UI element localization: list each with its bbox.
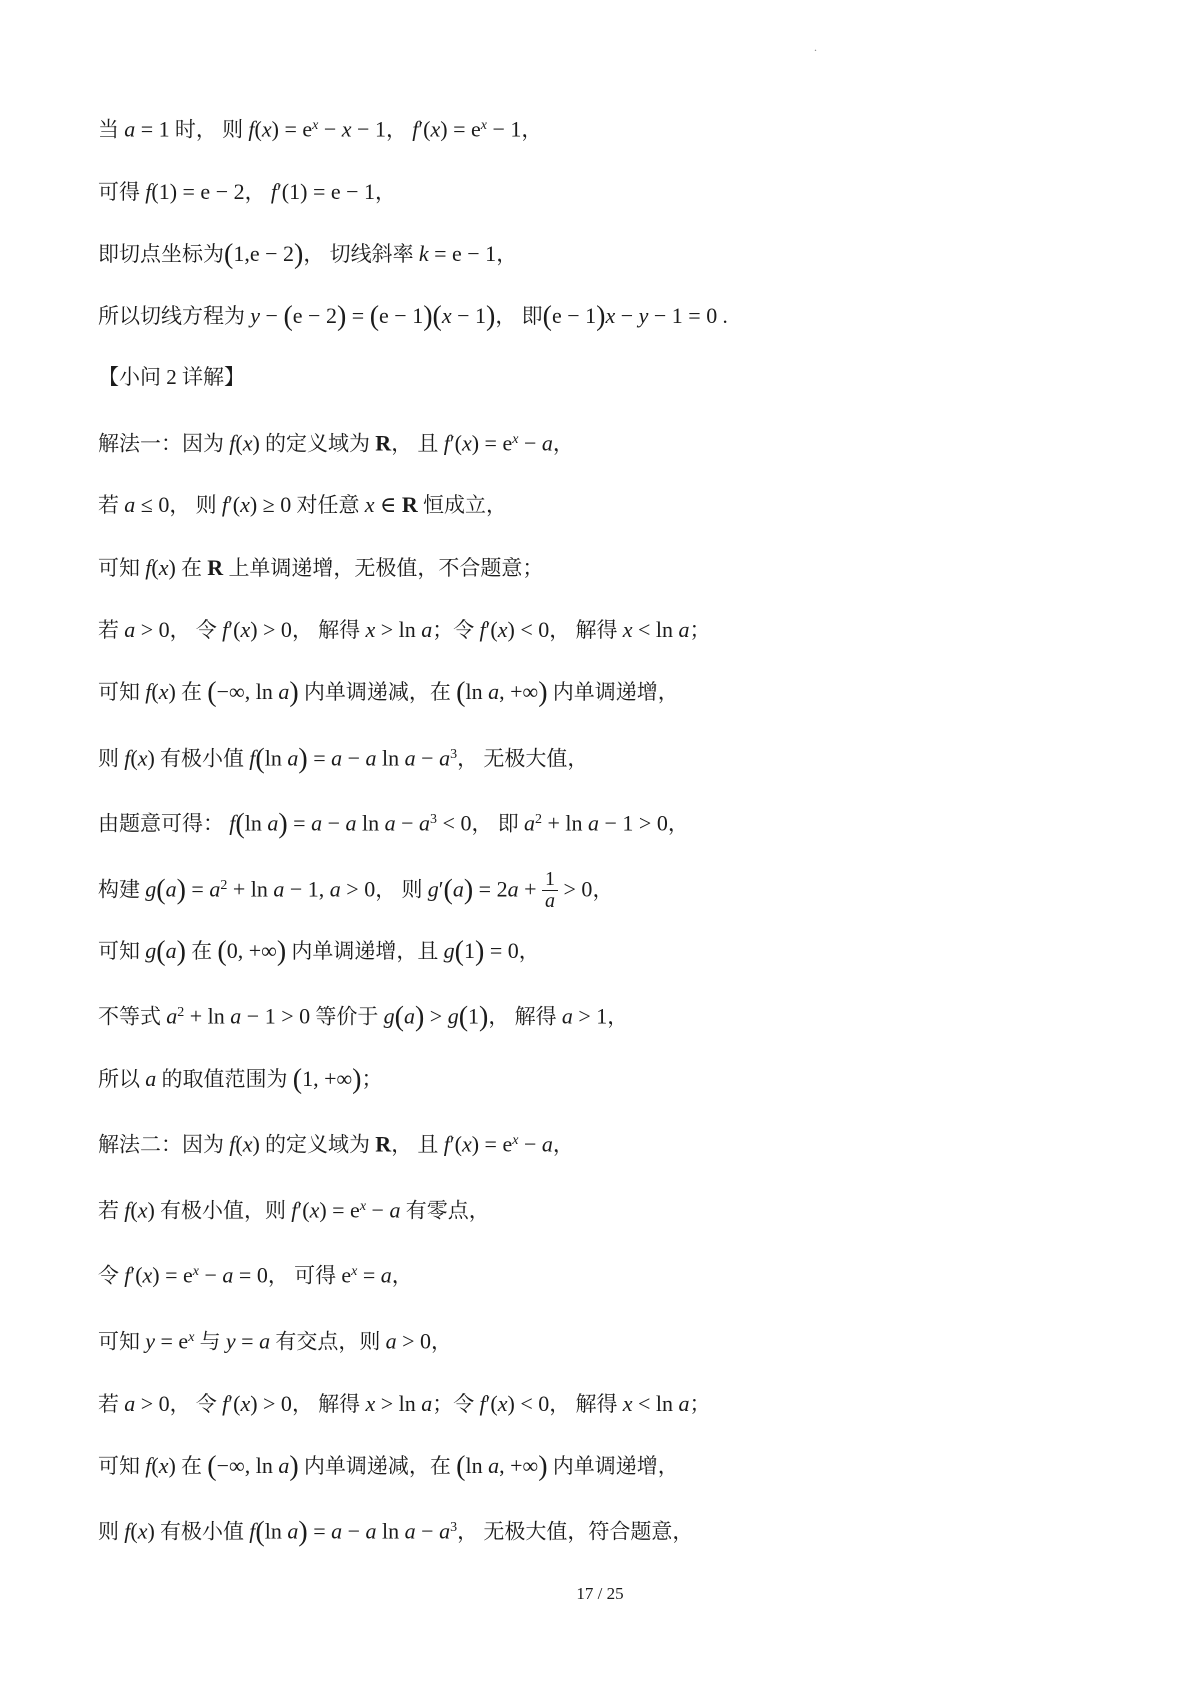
text-run: 解法二：因为 bbox=[98, 1133, 229, 1157]
text-run: 上单调递增，无极值，不合题意； bbox=[223, 556, 543, 580]
line-monotonic-intervals-2: 可知 f(x) 在 (−∞, ln a) 内单调递减，在 (ln a, +∞) … bbox=[98, 1435, 1140, 1497]
text-run: 内单调递减，在 bbox=[299, 1454, 457, 1478]
math-run: y bbox=[250, 303, 260, 328]
math-run: ( bbox=[130, 745, 137, 770]
math-run: a bbox=[166, 876, 177, 901]
math-run: a bbox=[287, 745, 298, 770]
line-a-gt-0-solve-2: 若 a > 0， 令 f′(x) > 0， 解得 x > ln a；令 f′(x… bbox=[98, 1373, 1140, 1435]
math-run: − bbox=[615, 303, 638, 328]
math-run: a bbox=[588, 810, 599, 835]
math-run: ) > 0 bbox=[250, 617, 292, 642]
document-body: 当 a = 1 时， 则 f(x) = ex − x − 1， f′(x) = … bbox=[98, 95, 1140, 1563]
math-run: − 1 = 0 bbox=[648, 303, 717, 328]
math-run: ( bbox=[433, 301, 442, 332]
text-run: 可知 bbox=[98, 939, 145, 963]
math-run: ) bbox=[337, 301, 346, 332]
text-run: 可知 bbox=[98, 680, 145, 704]
line-g-increasing: 可知 g(a) 在 (0, +∞) 内单调递增，且 g(1) = 0， bbox=[98, 920, 1140, 982]
math-run: ) bbox=[168, 1453, 175, 1478]
math-run: ( bbox=[130, 1518, 137, 1543]
math-run: − 1 bbox=[452, 303, 486, 328]
math-run: x bbox=[240, 1391, 250, 1416]
math-run: ( bbox=[370, 301, 379, 332]
math-run: − bbox=[199, 1263, 222, 1288]
math-run: x bbox=[159, 679, 169, 704]
math-run: ′( bbox=[418, 116, 430, 141]
text-run: ， 且 bbox=[391, 431, 444, 455]
math-run: x bbox=[442, 303, 452, 328]
text-run: 可得 bbox=[98, 180, 145, 204]
math-run: ) bbox=[423, 301, 432, 332]
text-run: 恒成立， bbox=[418, 493, 507, 517]
math-run: x bbox=[243, 430, 253, 455]
math-run: − 1, bbox=[284, 876, 329, 901]
math-run: ln bbox=[465, 679, 488, 704]
math-run: ( bbox=[151, 1453, 158, 1478]
fraction-denominator: a bbox=[542, 890, 558, 912]
math-run: 1 bbox=[464, 938, 475, 963]
math-run: ( bbox=[444, 874, 453, 905]
math-run: < 0 bbox=[437, 810, 471, 835]
math-run: − 1 bbox=[352, 116, 386, 141]
text-run: 内单调递减，在 bbox=[299, 680, 457, 704]
math-run: ) bbox=[177, 936, 186, 967]
math-run: a bbox=[166, 1004, 177, 1029]
math-run: a bbox=[124, 1391, 135, 1416]
math-run: a bbox=[331, 745, 342, 770]
math-run: y bbox=[226, 1328, 236, 1353]
math-run: a bbox=[488, 1453, 499, 1478]
math-run: ) bbox=[289, 1451, 298, 1482]
math-run: ) bbox=[298, 743, 307, 774]
math-run: ( bbox=[459, 1002, 468, 1033]
math-run: ∈ bbox=[375, 492, 402, 517]
math-run: > 1 bbox=[573, 1004, 607, 1029]
math-run: ( bbox=[543, 301, 552, 332]
line-inequality-equivalent: 不等式 a2 + ln a − 1 > 0 等价于 g(a) > g(1)， 解… bbox=[98, 982, 1140, 1048]
math-run: R bbox=[375, 430, 391, 455]
math-run: 2 bbox=[535, 812, 542, 827]
math-run: = bbox=[186, 876, 209, 901]
text-run: ， 且 bbox=[391, 1133, 444, 1157]
text-run: ； bbox=[690, 1392, 711, 1416]
text-run: 由题意可得： bbox=[98, 811, 229, 835]
math-run: − bbox=[342, 1518, 365, 1543]
math-run: y bbox=[639, 303, 649, 328]
math-run: a bbox=[124, 492, 135, 517]
math-run: a bbox=[421, 1391, 432, 1416]
math-run: = e − 1 bbox=[429, 241, 497, 266]
line-tangent-point-slope: 即切点坐标为(1,e − 2)， 切线斜率 k = e − 1， bbox=[98, 223, 1140, 285]
math-run: a bbox=[287, 1518, 298, 1543]
text-run: 的定义域为 bbox=[260, 1133, 376, 1157]
math-run: ) bbox=[486, 301, 495, 332]
math-run: ′( bbox=[130, 1263, 142, 1288]
math-run: y bbox=[145, 1328, 155, 1353]
math-run: ) bbox=[177, 874, 186, 905]
math-run: x bbox=[159, 555, 169, 580]
math-run: a bbox=[346, 810, 357, 835]
line-minimum-value-2: 则 f(x) 有极小值 f(ln a) = a − a ln a − a3， 无… bbox=[98, 1497, 1140, 1563]
text-run: 构建 bbox=[98, 877, 145, 901]
math-run: e − 1 bbox=[379, 303, 423, 328]
math-run: ln bbox=[265, 1518, 288, 1543]
text-run: ； bbox=[362, 1067, 383, 1091]
math-run: ( bbox=[217, 936, 226, 967]
math-run: a bbox=[267, 810, 278, 835]
math-run: ( bbox=[156, 874, 165, 905]
text-run: 有零点， bbox=[400, 1198, 489, 1222]
math-run: a bbox=[679, 1391, 690, 1416]
math-run: x bbox=[365, 617, 375, 642]
text-run: ， bbox=[392, 1264, 413, 1288]
text-run: ， 令 bbox=[170, 1392, 223, 1416]
text-run: ， bbox=[553, 431, 574, 455]
math-run: ) = e bbox=[440, 116, 481, 141]
math-run: − bbox=[318, 116, 341, 141]
math-run: a bbox=[124, 116, 135, 141]
math-run: ) bbox=[538, 677, 547, 708]
text-run: ， bbox=[607, 1005, 628, 1029]
math-run: ′( bbox=[228, 492, 240, 517]
math-run: ) = e bbox=[319, 1197, 360, 1222]
math-run: , +∞ bbox=[499, 1453, 538, 1478]
math-run: g bbox=[384, 1004, 395, 1029]
math-run: ln bbox=[377, 745, 405, 770]
math-run: x bbox=[159, 1453, 169, 1478]
math-run: ) bbox=[475, 936, 484, 967]
math-run: ( bbox=[207, 677, 216, 708]
text-run: 有极小值 bbox=[155, 746, 250, 770]
math-run: ) bbox=[278, 808, 287, 839]
math-run: x bbox=[365, 1391, 375, 1416]
math-run: a bbox=[330, 876, 341, 901]
math-run: ) bbox=[252, 1132, 259, 1157]
text-run: 不等式 bbox=[98, 1005, 166, 1029]
text-run: 有极小值，则 bbox=[155, 1198, 292, 1222]
math-run: a bbox=[405, 1518, 416, 1543]
page: . 当 a = 1 时， 则 f(x) = ex − x − 1， f′(x) … bbox=[0, 0, 1200, 1697]
math-run: x bbox=[243, 1132, 253, 1157]
text-run: . bbox=[717, 304, 728, 328]
math-run: = 0 bbox=[484, 938, 518, 963]
math-run: ) bbox=[252, 430, 259, 455]
math-run: x bbox=[462, 1132, 472, 1157]
text-run: ， 解得 bbox=[292, 618, 366, 642]
text-run: ； bbox=[690, 618, 711, 642]
line-minimum-value: 则 f(x) 有极小值 f(ln a) = a − a ln a − a3， 无… bbox=[98, 724, 1140, 790]
math-run: a bbox=[419, 810, 430, 835]
math-run: − bbox=[518, 1132, 541, 1157]
text-run: 有交点，则 bbox=[270, 1329, 386, 1353]
math-run: x bbox=[342, 116, 352, 141]
line-method1-domain: 解法一：因为 f(x) 的定义域为 R， 且 f′(x) = ex − a， bbox=[98, 409, 1140, 475]
math-run: + ln bbox=[542, 810, 588, 835]
text-run: ， 解得 bbox=[549, 618, 623, 642]
math-run: ( bbox=[395, 1002, 404, 1033]
text-run: 可知 bbox=[98, 556, 145, 580]
math-run: ( bbox=[255, 116, 262, 141]
math-run: ) bbox=[415, 1002, 424, 1033]
math-run: ′( bbox=[228, 1391, 240, 1416]
math-run: ( bbox=[235, 808, 244, 839]
text-run: ， 令 bbox=[170, 618, 223, 642]
text-run: ， 无极大值， bbox=[457, 746, 588, 770]
math-run: ) > 0 bbox=[250, 1391, 292, 1416]
math-run: ) = e bbox=[472, 430, 513, 455]
math-run: = bbox=[346, 303, 369, 328]
text-run: ， 解得 bbox=[549, 1392, 623, 1416]
text-run: 所以切线方程为 bbox=[98, 304, 250, 328]
math-run: ) bbox=[277, 936, 286, 967]
text-run: 内单调递增，且 bbox=[286, 939, 444, 963]
math-run: ) bbox=[168, 679, 175, 704]
math-run: = e bbox=[155, 1328, 188, 1353]
math-run: − bbox=[518, 430, 541, 455]
text-run: ， bbox=[386, 117, 412, 141]
math-run: x bbox=[138, 1518, 148, 1543]
math-run: ) bbox=[147, 1518, 154, 1543]
math-run: ) < 0 bbox=[508, 1391, 550, 1416]
math-run: = 1 bbox=[135, 116, 169, 141]
text-run: 的取值范围为 bbox=[156, 1067, 293, 1091]
text-run: ， 解得 bbox=[488, 1005, 562, 1029]
math-run: ) bbox=[298, 1516, 307, 1547]
math-run: a bbox=[273, 876, 284, 901]
line-tangent-equation: 所以切线方程为 y − (e − 2) = (e − 1)(x − 1)， 即(… bbox=[98, 285, 1140, 347]
math-run: ln bbox=[377, 1518, 405, 1543]
math-run: g bbox=[444, 938, 455, 963]
math-run: a bbox=[389, 1197, 400, 1222]
text-run: 若 bbox=[98, 618, 124, 642]
text-run: 对任意 bbox=[291, 493, 365, 517]
math-run: ) bbox=[168, 555, 175, 580]
math-run: a bbox=[439, 745, 450, 770]
line-increasing-no-extremum: 可知 f(x) 在 R 上单调递增，无极值，不合题意； bbox=[98, 537, 1140, 599]
math-run: > 0 bbox=[135, 1391, 169, 1416]
math-run: − 1 > 0 bbox=[599, 810, 668, 835]
math-run: ln bbox=[357, 810, 385, 835]
math-run: ) bbox=[352, 1064, 361, 1095]
math-run: − 1 > 0 bbox=[241, 1004, 310, 1029]
math-run: ln bbox=[245, 810, 268, 835]
text-run: ， bbox=[375, 180, 396, 204]
math-run: ( bbox=[207, 1451, 216, 1482]
math-run: x bbox=[462, 430, 472, 455]
math-run: ( bbox=[151, 555, 158, 580]
math-run: ′(1) = e − 1 bbox=[277, 179, 375, 204]
text-run: 可知 bbox=[98, 1454, 145, 1478]
text-run: ， 即 bbox=[471, 811, 524, 835]
math-run: > 0 bbox=[341, 876, 375, 901]
math-run: + ln bbox=[184, 1004, 230, 1029]
math-run: ) bbox=[538, 1451, 547, 1482]
math-run: ′( bbox=[297, 1197, 309, 1222]
math-run: ( bbox=[151, 679, 158, 704]
math-run: R bbox=[402, 492, 418, 517]
math-run: e − 1 bbox=[552, 303, 596, 328]
math-run: x bbox=[623, 617, 633, 642]
line-min-exists-zero-point: 若 f(x) 有极小值，则 f′(x) = ex − a 有零点， bbox=[98, 1176, 1140, 1242]
line-intersection-a-positive: 可知 y = ex 与 y = a 有交点，则 a > 0， bbox=[98, 1307, 1140, 1373]
math-run: > 0 bbox=[558, 876, 592, 901]
math-run: g bbox=[145, 938, 156, 963]
math-run: a bbox=[381, 1263, 392, 1288]
math-run: + ln bbox=[227, 876, 273, 901]
math-run: ′( bbox=[450, 430, 462, 455]
math-run: x bbox=[498, 1391, 508, 1416]
math-run: ′( bbox=[486, 1391, 498, 1416]
math-run: − bbox=[396, 810, 419, 835]
math-run: a bbox=[421, 617, 432, 642]
math-run: > ln bbox=[375, 1391, 421, 1416]
math-run: ( bbox=[293, 1064, 302, 1095]
text-run: 的定义域为 bbox=[260, 431, 376, 455]
line-inequality-from-problem: 由题意可得： f(ln a) = a − a ln a − a3 < 0， 即 … bbox=[98, 789, 1140, 855]
math-run: g bbox=[448, 1004, 459, 1029]
line-construct-g: 构建 g(a) = a2 + ln a − 1, a > 0， 则 g′(a) … bbox=[98, 855, 1140, 921]
math-run: = bbox=[236, 1328, 259, 1353]
math-run: a bbox=[404, 1004, 415, 1029]
math-run: a bbox=[488, 679, 499, 704]
math-run: ) bbox=[294, 239, 303, 270]
math-run: x bbox=[365, 492, 375, 517]
math-run: − bbox=[260, 303, 283, 328]
math-run: e bbox=[341, 1263, 351, 1288]
math-run: > 0 bbox=[397, 1328, 431, 1353]
math-run: < ln bbox=[633, 617, 679, 642]
math-run: , +∞ bbox=[499, 679, 538, 704]
math-run: g bbox=[428, 876, 439, 901]
line-monotonic-intervals: 可知 f(x) 在 (−∞, ln a) 内单调递减，在 (ln a, +∞) … bbox=[98, 661, 1140, 723]
math-run: a bbox=[230, 1004, 241, 1029]
math-run: ) = e bbox=[152, 1263, 193, 1288]
math-run: = 0 bbox=[233, 1263, 267, 1288]
stray-dot: . bbox=[814, 40, 817, 55]
math-run: k bbox=[419, 241, 429, 266]
math-run: ′( bbox=[228, 617, 240, 642]
text-run: 在 bbox=[176, 556, 208, 580]
math-run: − bbox=[416, 1518, 439, 1543]
text-run: 内单调递增， bbox=[548, 1454, 679, 1478]
math-run: < ln bbox=[633, 1391, 679, 1416]
text-run: ， bbox=[496, 242, 517, 266]
math-run: ( bbox=[156, 936, 165, 967]
math-run: x bbox=[138, 1197, 148, 1222]
line-range-of-a: 所以 a 的取值范围为 (1, +∞)； bbox=[98, 1048, 1140, 1110]
math-run: ) = e bbox=[272, 116, 313, 141]
math-run: = bbox=[308, 1518, 331, 1543]
text-run: ， 可得 bbox=[268, 1264, 342, 1288]
math-run: + bbox=[519, 876, 542, 901]
math-run: ( bbox=[130, 1197, 137, 1222]
math-run: a bbox=[439, 1518, 450, 1543]
text-run: ， 则 bbox=[169, 493, 222, 517]
text-run: ， 则 bbox=[375, 877, 428, 901]
text-run: ， bbox=[245, 180, 271, 204]
text-run: ， 解得 bbox=[292, 1392, 366, 1416]
math-run: a bbox=[278, 679, 289, 704]
math-run: = 2 bbox=[473, 876, 507, 901]
math-run: a bbox=[386, 1328, 397, 1353]
text-run: 可知 bbox=[98, 1329, 145, 1353]
text-run: ， 无极大值，符合题意， bbox=[457, 1519, 693, 1543]
text-run: 内单调递增， bbox=[548, 680, 679, 704]
math-run: x bbox=[310, 1197, 320, 1222]
math-run: x bbox=[240, 492, 250, 517]
fraction-numerator: 1 bbox=[542, 869, 558, 890]
math-run: a bbox=[166, 938, 177, 963]
math-run: 1 bbox=[468, 1004, 479, 1029]
text-run: ， bbox=[668, 811, 689, 835]
math-run: ) = e bbox=[472, 1132, 513, 1157]
math-run: − bbox=[416, 745, 439, 770]
math-run: ′( bbox=[450, 1132, 462, 1157]
math-run: x bbox=[498, 617, 508, 642]
text-run: ， bbox=[519, 939, 540, 963]
math-run: ( bbox=[235, 1132, 242, 1157]
text-run: 有极小值 bbox=[155, 1519, 250, 1543]
text-run: 解法一：因为 bbox=[98, 431, 229, 455]
math-run: − bbox=[366, 1197, 389, 1222]
math-run: 1, +∞ bbox=[302, 1066, 352, 1091]
text-run: 与 bbox=[194, 1329, 226, 1353]
math-run: a bbox=[562, 1004, 573, 1029]
math-run: 1,e − 2 bbox=[233, 241, 294, 266]
math-run: = bbox=[308, 745, 331, 770]
math-run: ) ≥ 0 bbox=[250, 492, 291, 517]
math-run: − bbox=[322, 810, 345, 835]
text-run: ， bbox=[521, 117, 542, 141]
math-run: ( bbox=[255, 1516, 264, 1547]
math-run: a bbox=[331, 1518, 342, 1543]
text-run: 在 bbox=[176, 1454, 208, 1478]
text-run: 若 bbox=[98, 493, 124, 517]
text-run: 当 bbox=[98, 117, 124, 141]
math-run: ′( bbox=[486, 617, 498, 642]
text-run: 在 bbox=[176, 680, 208, 704]
text-run: 若 bbox=[98, 1392, 124, 1416]
line-f1-values: 可得 f(1) = e − 2， f′(1) = e − 1， bbox=[98, 161, 1140, 223]
text-run: ；令 bbox=[432, 618, 479, 642]
math-run: −∞, ln bbox=[217, 679, 279, 704]
math-run: a bbox=[542, 430, 553, 455]
math-run: a bbox=[366, 745, 377, 770]
text-run: 等价于 bbox=[310, 1005, 384, 1029]
text-run: 若 bbox=[98, 1198, 124, 1222]
math-run: g bbox=[145, 876, 156, 901]
text-run: 则 bbox=[98, 746, 124, 770]
math-run: ( bbox=[283, 301, 292, 332]
math-run: ) bbox=[289, 677, 298, 708]
math-run: ( bbox=[235, 430, 242, 455]
math-run: ) bbox=[479, 1002, 488, 1033]
math-run: x bbox=[240, 617, 250, 642]
text-run: 所以 bbox=[98, 1067, 145, 1091]
math-run: − 1 bbox=[487, 116, 521, 141]
math-run: a bbox=[311, 810, 322, 835]
math-run: ) bbox=[147, 1197, 154, 1222]
math-run: x bbox=[430, 116, 440, 141]
math-run: x bbox=[623, 1391, 633, 1416]
math-run: x bbox=[262, 116, 272, 141]
line-a-le-0: 若 a ≤ 0， 则 f′(x) ≥ 0 对任意 x ∈ R 恒成立， bbox=[98, 474, 1140, 536]
text-run: ；令 bbox=[432, 1392, 479, 1416]
math-run: ) bbox=[464, 874, 473, 905]
math-run: a bbox=[366, 1518, 377, 1543]
math-run: ln bbox=[465, 1453, 488, 1478]
math-run: x bbox=[605, 303, 615, 328]
